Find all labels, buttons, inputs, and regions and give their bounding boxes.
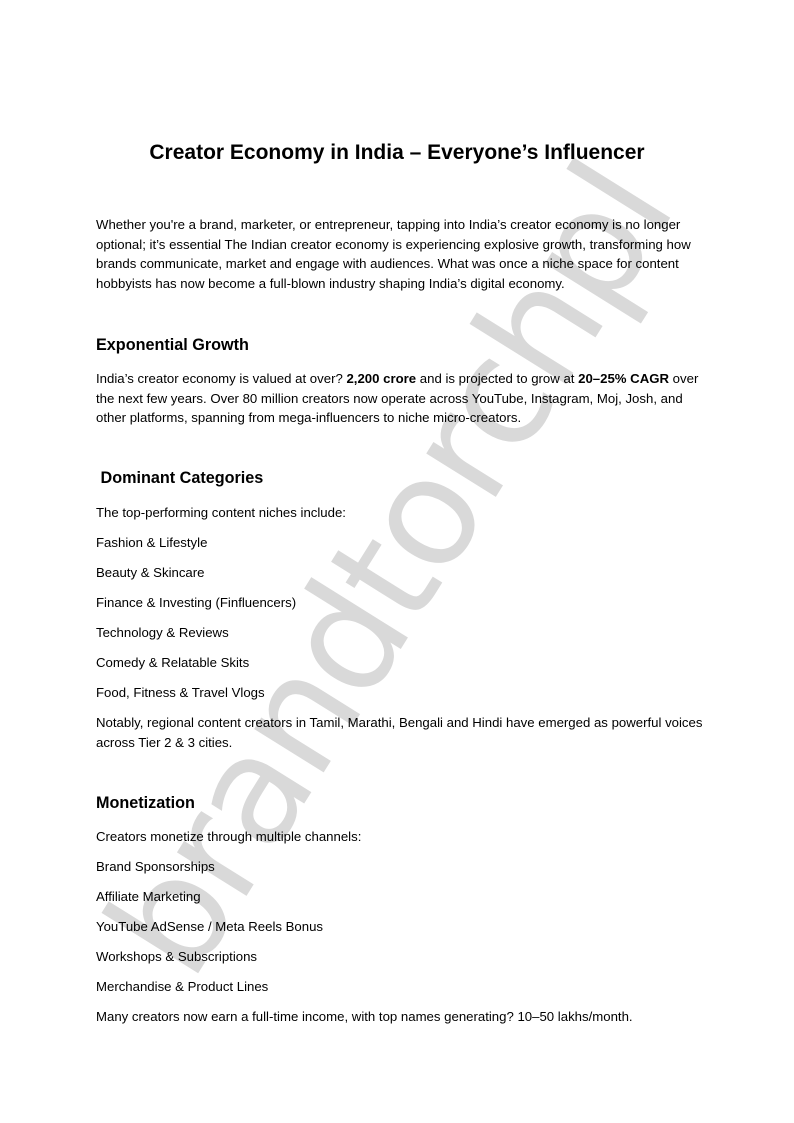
page-title: Creator Economy in India – Everyone’s In… [0,141,794,165]
document-page: brandtorchpl Creator Economy in India – … [0,0,794,1123]
monetization-lead: Creators monetize through multiple chann… [96,827,706,847]
heading-dominant-categories: Dominant Categories [96,469,263,488]
list-item: Merchandise & Product Lines [96,977,706,997]
growth-paragraph: India’s creator economy is valued at ove… [96,369,706,428]
categories-lead: The top-performing content niches includ… [96,503,706,523]
categories-closing: Notably, regional content creators in Ta… [96,713,706,752]
growth-text: India’s creator economy is valued at ove… [96,371,346,386]
cagr-figure: 20–25% CAGR [578,371,669,386]
monetization-closing: Many creators now earn a full-time incom… [96,1007,706,1027]
intro-paragraph: Whether you're a brand, marketer, or ent… [96,215,706,293]
list-item: Food, Fitness & Travel Vlogs [96,683,706,703]
valuation-figure: 2,200 crore [346,371,416,386]
list-item: Workshops & Subscriptions [96,947,706,967]
growth-text: and is projected to grow at [416,371,578,386]
list-item: Technology & Reviews [96,623,706,643]
list-item: Beauty & Skincare [96,563,706,583]
list-item: Comedy & Relatable Skits [96,653,706,673]
list-item: Brand Sponsorships [96,857,706,877]
list-item: YouTube AdSense / Meta Reels Bonus [96,917,706,937]
list-item: Finance & Investing (Finfluencers) [96,593,706,613]
heading-monetization: Monetization [96,794,195,813]
heading-exponential-growth: Exponential Growth [96,336,249,355]
list-item: Fashion & Lifestyle [96,533,706,553]
list-item: Affiliate Marketing [96,887,706,907]
